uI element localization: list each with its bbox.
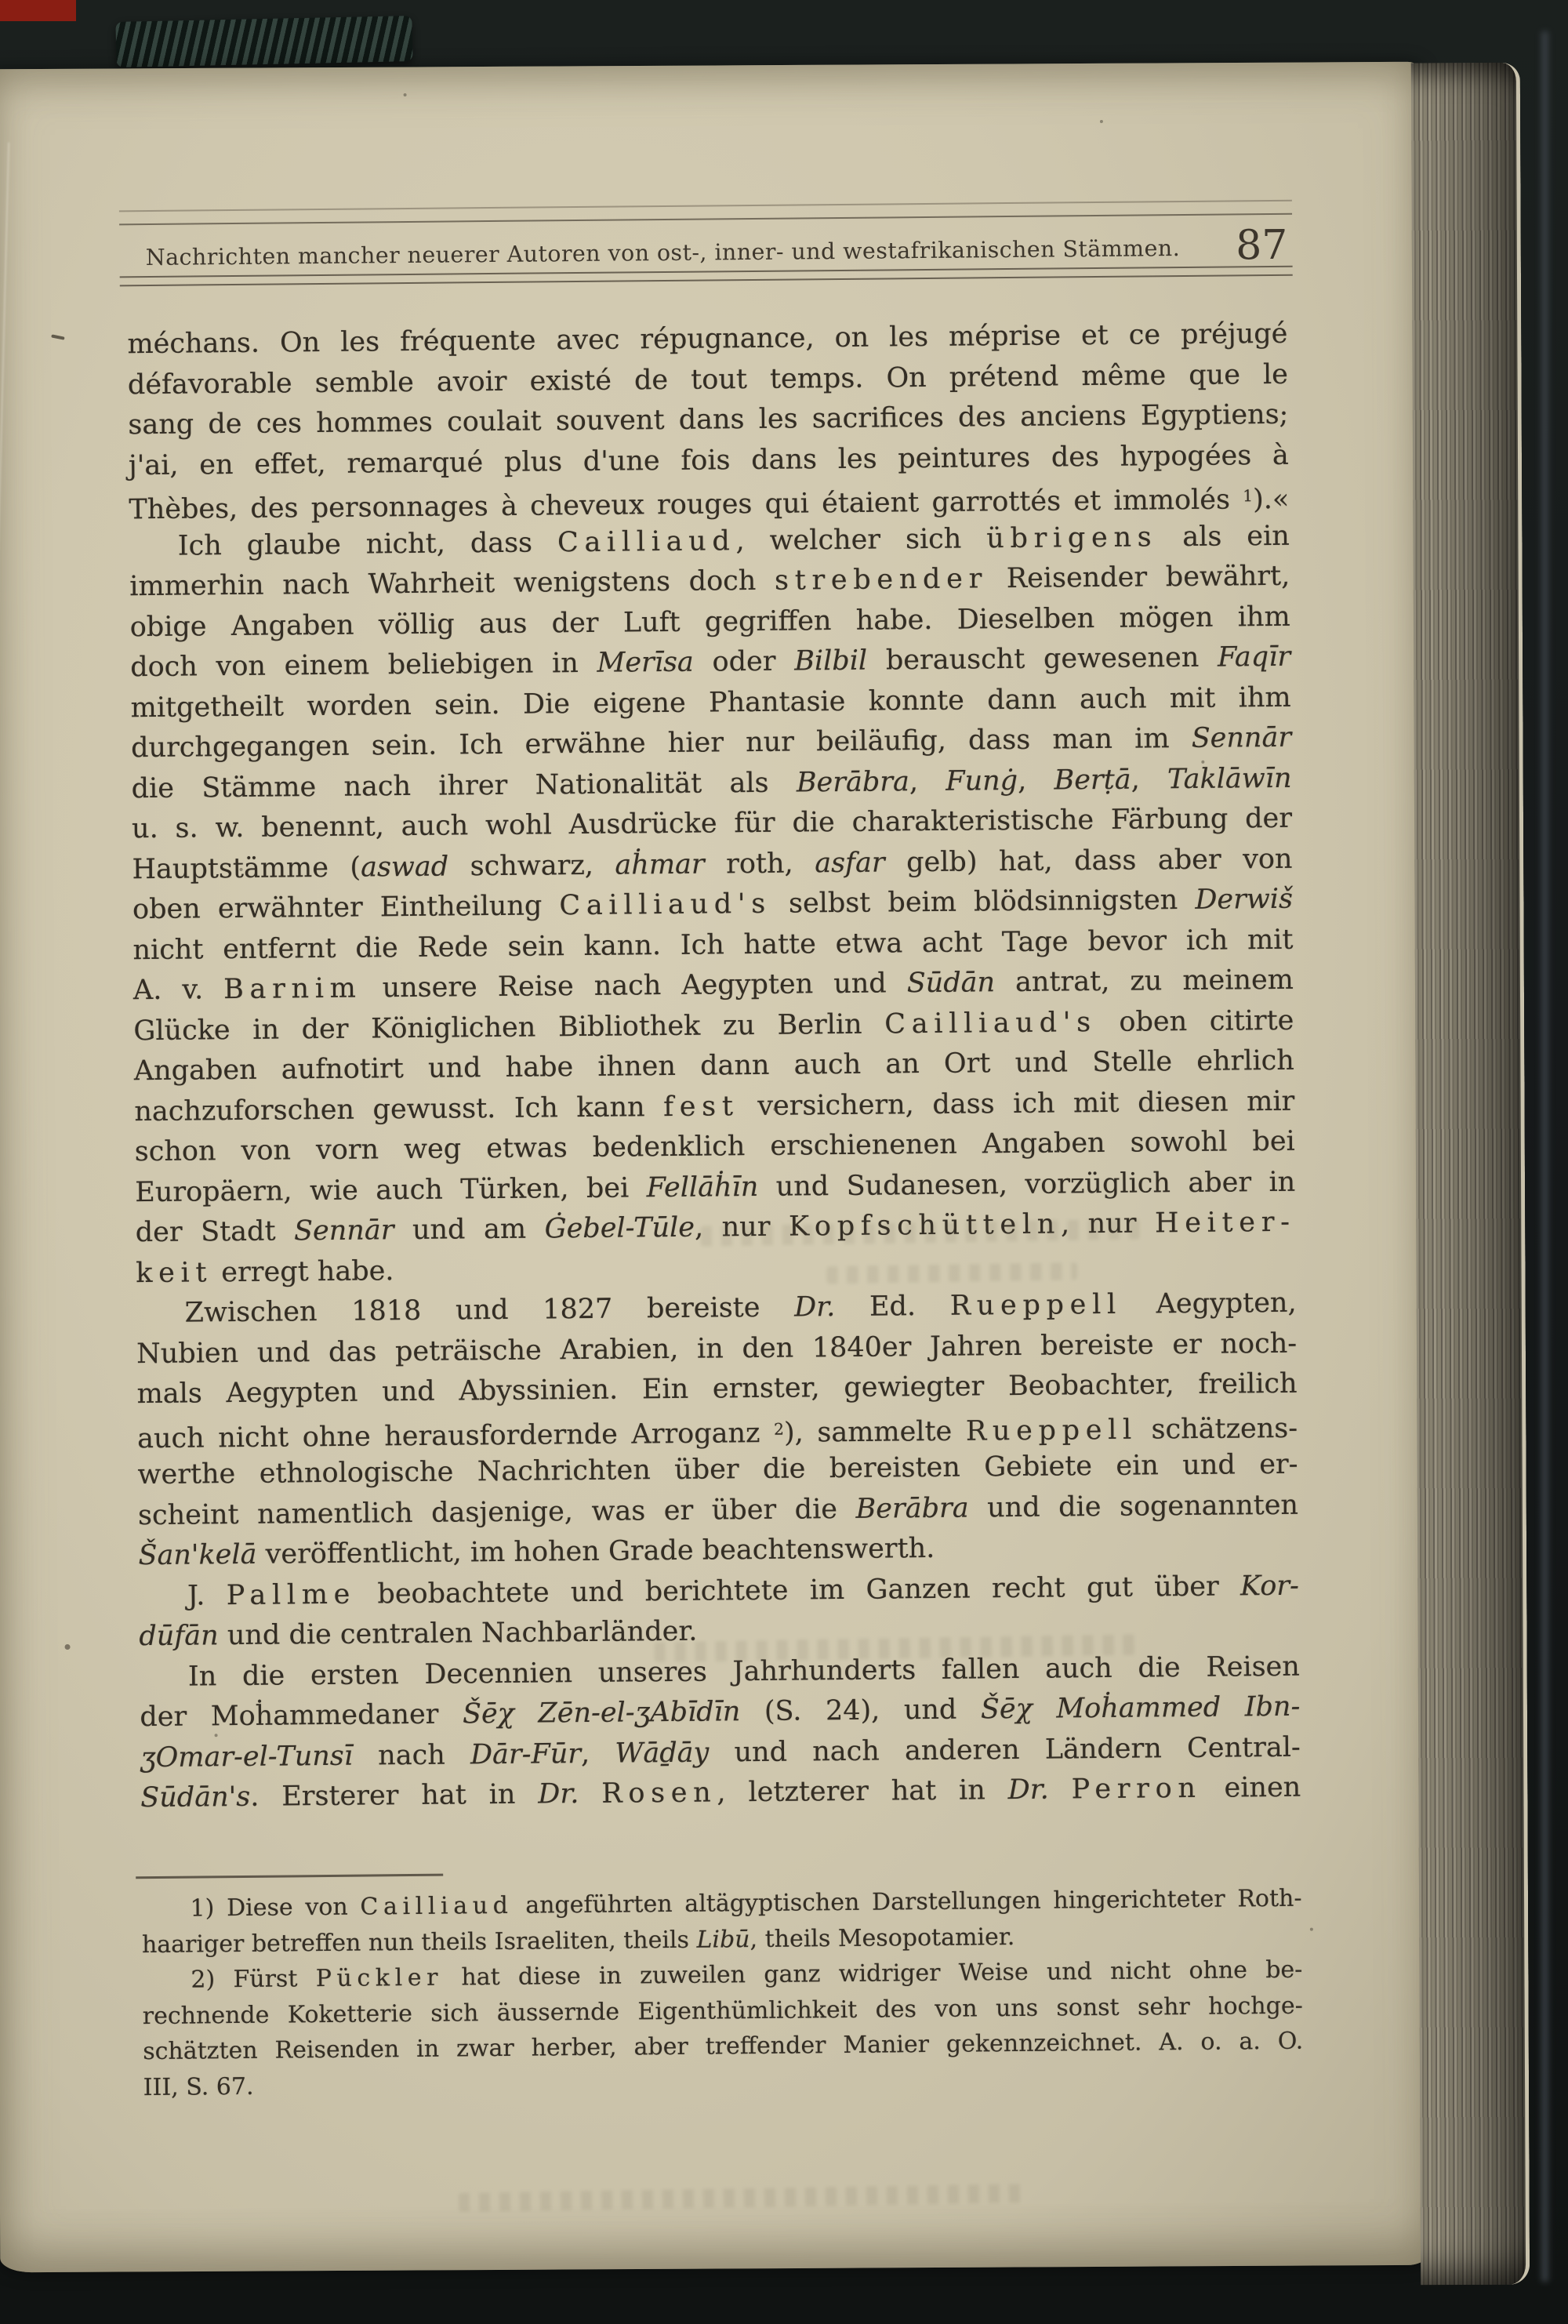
paragraph: 2) Fürst Pückler hat diese in zuweilen g… [142, 1952, 1304, 2105]
dust-speck [404, 93, 407, 96]
header-rule [119, 213, 1292, 226]
book-cover-highlight [1541, 31, 1548, 2282]
margin-mark-dot [65, 1644, 71, 1650]
running-title: Nachrichten mancher neuerer Autoren von … [124, 234, 1201, 270]
ink-bleedthrough [459, 2184, 1023, 2212]
paragraph: Zwischen 1818 und 1827 bereiste Dr. Ed. … [136, 1284, 1298, 1577]
book-scan-scene: Nachrichten mancher neuerer Autoren von … [0, 0, 1568, 2324]
footnotes: 1) Diese von Cailliaud angeführten altäg… [141, 1881, 1303, 2105]
page-stack-fore-edge [1411, 63, 1530, 2286]
scan-red-mark [0, 0, 76, 21]
book-headband-texture [115, 16, 412, 67]
page-header: Nachrichten mancher neuerer Autoren von … [124, 200, 1287, 210]
page-content: Nachrichten mancher neuerer Autoren von … [0, 59, 1439, 2275]
paragraph: In die ersten Decennien unseres Jahrhund… [140, 1647, 1301, 1818]
paper-crease [0, 143, 9, 550]
body-text: méchans. On les fréquente avec répugnanc… [127, 314, 1301, 1819]
paragraph: Ich glaube nicht, dass Cailliaud, welche… [129, 516, 1297, 1294]
dust-speck [500, 422, 503, 425]
dust-speck [1310, 1928, 1313, 1931]
paragraph: 1) Diese von Cailliaud angeführten altäg… [141, 1881, 1302, 1963]
paragraph: méchans. On les fréquente avec répugnanc… [127, 314, 1289, 527]
dust-speck [773, 1108, 776, 1111]
dust-speck [240, 868, 243, 871]
dust-speck [215, 1734, 218, 1737]
header-rule-faint [119, 200, 1292, 212]
dust-speck [1100, 120, 1103, 123]
margin-mark-dash [51, 334, 64, 340]
book-page: Nachrichten mancher neuerer Autoren von … [0, 62, 1435, 2273]
page-number: 87 [1201, 222, 1288, 270]
dust-speck [1201, 761, 1204, 764]
footnote-rule [136, 1874, 443, 1879]
